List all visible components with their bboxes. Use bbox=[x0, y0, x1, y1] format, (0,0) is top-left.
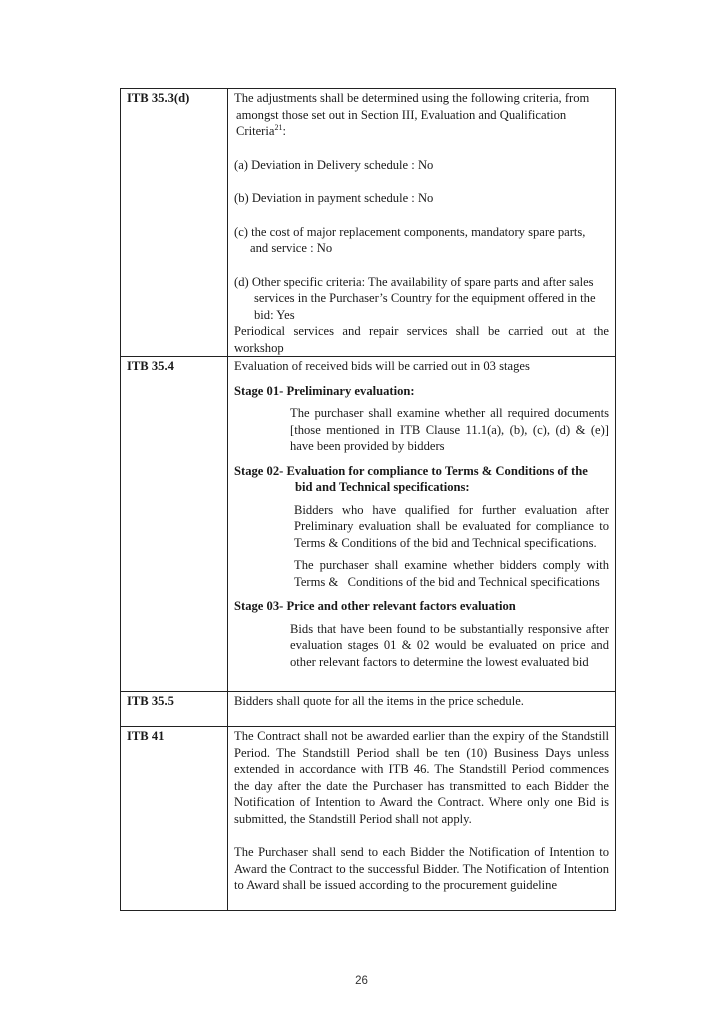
clause-key: ITB 35.3(d) bbox=[121, 89, 228, 357]
criterion-text-cont: and service : No bbox=[234, 240, 609, 257]
paragraph-gap bbox=[234, 827, 609, 844]
standstill-paragraph: The Contract shall not be awarded earlie… bbox=[234, 728, 609, 827]
criterion-text-cont: services in the Purchaser’s Country for … bbox=[234, 290, 609, 323]
criterion-c: (c) the cost of major replacement compon… bbox=[234, 224, 609, 257]
clause-content: The adjustments shall be determined usin… bbox=[228, 89, 616, 357]
clause-key: ITB 35.5 bbox=[121, 692, 228, 727]
evaluation-intro: Evaluation of received bids will be carr… bbox=[234, 358, 609, 375]
colon: : bbox=[282, 124, 286, 138]
criterion-text: (a) Deviation in Delivery schedule : No bbox=[234, 157, 609, 174]
stage-03-title: Stage 03- Price and other relevant facto… bbox=[234, 598, 609, 615]
criterion-text: (b) Deviation in payment schedule : No bbox=[234, 190, 609, 207]
table-row-itb-35-5: ITB 35.5 Bidders shall quote for all the… bbox=[121, 692, 616, 727]
criterion-text: (d) Other specific criteria: The availab… bbox=[234, 274, 609, 291]
bid-data-sheet-table: ITB 35.3(d) The adjustments shall be det… bbox=[120, 88, 616, 911]
stage-03-body: Bids that have been found to be substant… bbox=[234, 621, 609, 671]
stage-02-title-cont: bid and Technical specifications: bbox=[234, 479, 609, 496]
criterion-d: (d) Other specific criteria: The availab… bbox=[234, 274, 609, 324]
notification-paragraph: The Purchaser shall send to each Bidder … bbox=[234, 844, 609, 894]
criterion-text: (c) the cost of major replacement compon… bbox=[234, 224, 609, 241]
table-row-itb-35-4: ITB 35.4 Evaluation of received bids wil… bbox=[121, 357, 616, 692]
stage-02-body: Bidders who have qualified for further e… bbox=[234, 502, 609, 552]
table-row-itb-41: ITB 41 The Contract shall not be awarded… bbox=[121, 727, 616, 911]
stage-01-title: Stage 01- Preliminary evaluation: bbox=[234, 383, 609, 400]
clause-content: Bidders shall quote for all the items in… bbox=[228, 692, 616, 727]
clause-key: ITB 35.4 bbox=[121, 357, 228, 692]
intro-line: Criteria21: bbox=[234, 123, 609, 140]
criterion-a: (a) Deviation in Delivery schedule : No bbox=[234, 157, 609, 174]
table-row-itb-35-3d: ITB 35.3(d) The adjustments shall be det… bbox=[121, 89, 616, 357]
clause-content: Evaluation of received bids will be carr… bbox=[228, 357, 616, 692]
intro-line: amongst those set out in Section III, Ev… bbox=[234, 107, 609, 124]
workshop-note: Periodical services and repair services … bbox=[234, 323, 609, 356]
criteria-label: Criteria bbox=[236, 124, 274, 138]
stage-02-title-line: Stage 02- Evaluation for compliance to T… bbox=[234, 463, 609, 480]
clause-content: The Contract shall not be awarded earlie… bbox=[228, 727, 616, 911]
stage-02-body: The purchaser shall examine whether bidd… bbox=[234, 557, 609, 590]
intro-line: The adjustments shall be determined usin… bbox=[234, 90, 609, 107]
criterion-b: (b) Deviation in payment schedule : No bbox=[234, 190, 609, 207]
page-number: 26 bbox=[0, 975, 723, 987]
stage-02-title: Stage 02- Evaluation for compliance to T… bbox=[234, 463, 609, 496]
stage-01-body: The purchaser shall examine whether all … bbox=[234, 405, 609, 455]
clause-key: ITB 41 bbox=[121, 727, 228, 911]
